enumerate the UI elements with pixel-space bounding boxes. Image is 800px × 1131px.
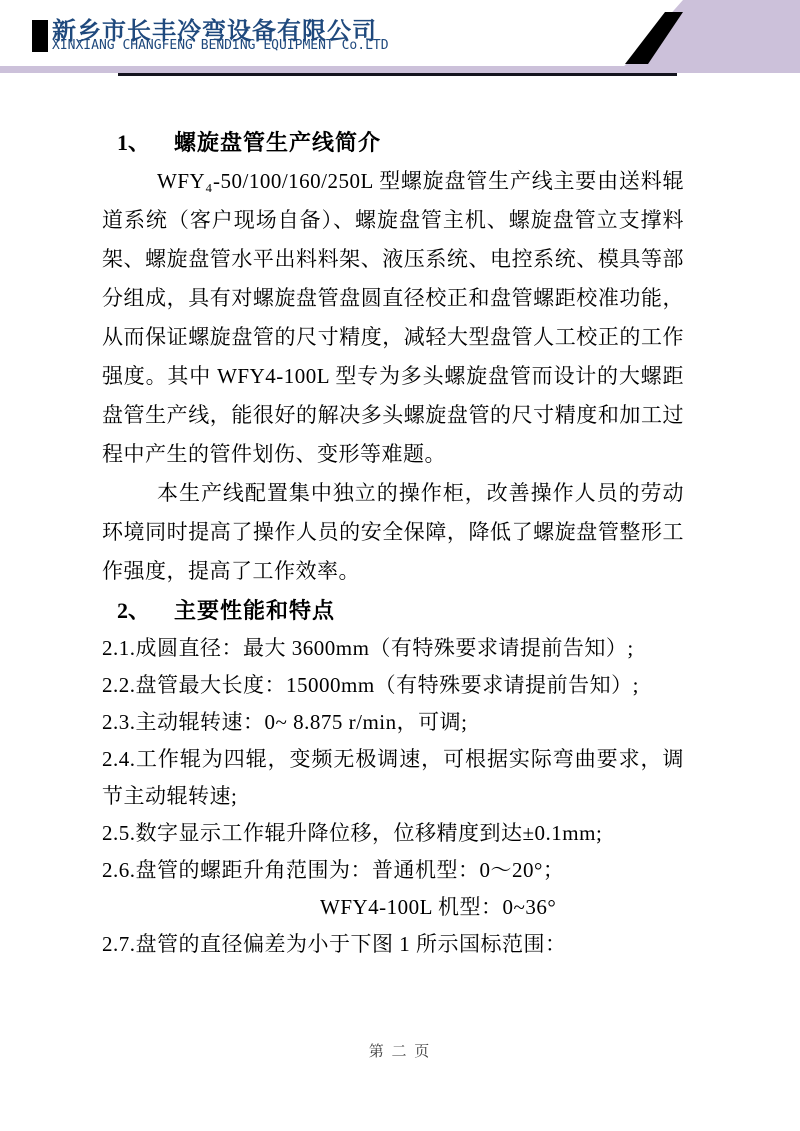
company-name-en: XINXIANG CHANGFENG BENDING EQUIPMENT Co.… — [52, 38, 389, 53]
logo-block-icon — [32, 20, 48, 52]
document-body: 1、螺旋盘管生产线简介 WFY₄-50/100/160/250L 型螺旋盘管生产… — [102, 123, 684, 963]
header-underline — [118, 73, 677, 76]
section-2-heading: 2、主要性能和特点 — [102, 591, 684, 630]
feature-item-2-7: 2.7.盘管的直径偏差为小于下图 1 所示国标范围： — [102, 926, 684, 963]
document-page: 新乡市长丰冷弯设备有限公司 XINXIANG CHANGFENG BENDING… — [0, 0, 800, 1131]
section-1-title: 螺旋盘管生产线简介 — [174, 130, 381, 155]
feature-item-2-4: 2.4.工作辊为四辊，变频无极调速，可根据实际弯曲要求，调节主动辊转速; — [102, 741, 684, 815]
feature-item-2-1: 2.1.成圆直径：最大 3600mm（有特殊要求请提前告知）; — [102, 630, 684, 667]
section-1-heading: 1、螺旋盘管生产线简介 — [102, 123, 684, 162]
page-footer: 第 二 页 — [0, 1040, 800, 1061]
intro-paragraph: 本生产线配置集中独立的操作柜，改善操作人员的劳动环境同时提高了操作人员的安全保障… — [102, 474, 684, 591]
feature-item-2-3: 2.3.主动辊转速：0~ 8.875 r/min，可调; — [102, 704, 684, 741]
section-2-title: 主要性能和特点 — [174, 598, 335, 623]
feature-item-2-2: 2.2.盘管最大长度：15000mm（有特殊要求请提前告知）; — [102, 667, 684, 704]
section-1-number: 1、 — [117, 130, 150, 155]
intro-paragraph: WFY₄-50/100/160/250L 型螺旋盘管生产线主要由送料辊道系统（客… — [102, 162, 684, 474]
feature-item-2-6-continued: WFY4-100L 机型：0~36° — [102, 889, 684, 926]
header-lavender-strip — [0, 66, 800, 73]
page-number-label: 第 二 页 — [369, 1044, 432, 1060]
section-2-number: 2、 — [117, 598, 150, 623]
feature-item-2-5: 2.5.数字显示工作辊升降位移，位移精度到达±0.1mm; — [102, 815, 684, 852]
feature-item-2-6: 2.6.盘管的螺距升角范围为：普通机型：0～20°； — [102, 852, 684, 889]
